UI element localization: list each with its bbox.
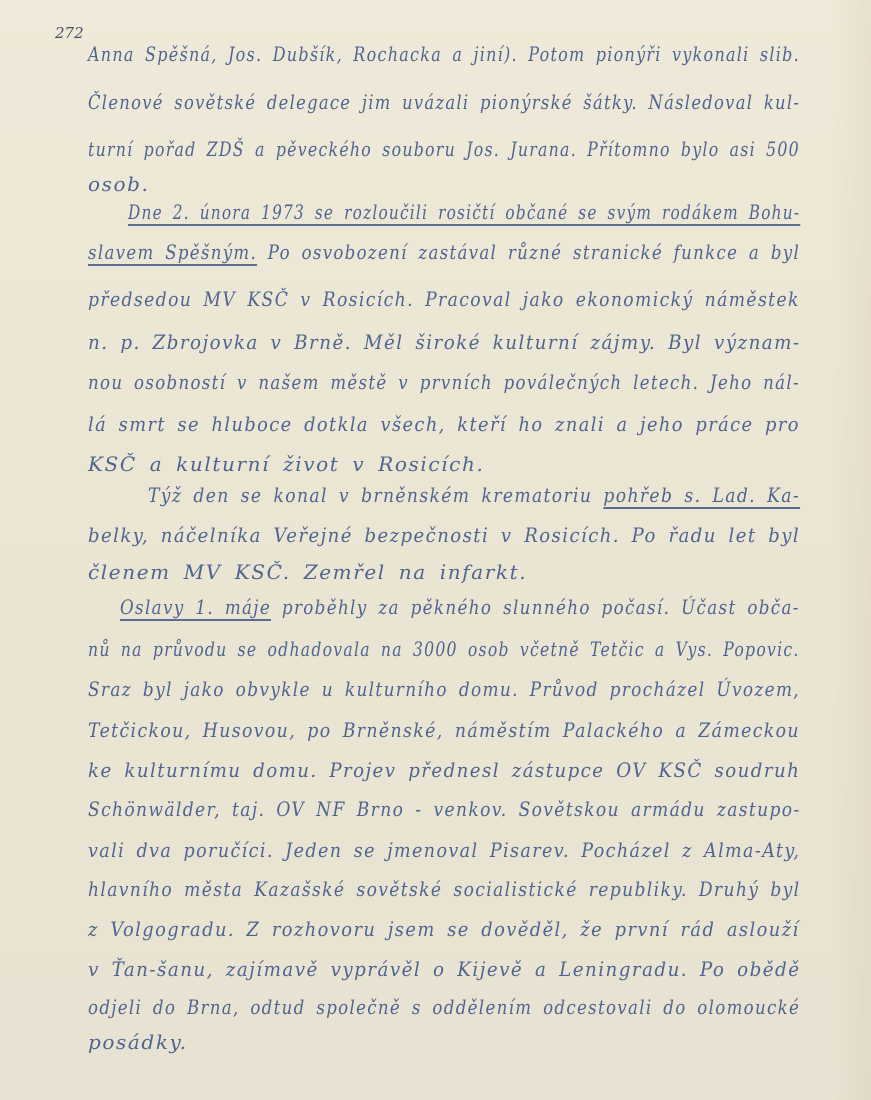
page-number: 272	[55, 24, 84, 42]
line-text: ke kulturnímu domu. Projev přednesl zást…	[88, 758, 800, 782]
text-line-underlined: Dne 2. února 1973 se rozloučili rosičtí …	[128, 200, 800, 224]
line-text: belky, náčelníka Veřejné bezpečnosti v R…	[88, 523, 800, 547]
line-text: Anna Spěšná, Jos. Dubšík, Rochacka a jin…	[88, 42, 800, 66]
line-text: Členové sovětské delegace jim uvázali pi…	[88, 90, 800, 114]
handwritten-chronicle-page: 272 Anna Spěšná, Jos. Dubšík, Rochacka a…	[0, 0, 871, 1100]
text-line: KSČ a kulturní život v Rosicích.	[88, 452, 484, 476]
line-text: v Ťan-šanu, zajímavě vyprávěl o Kijevě a…	[88, 957, 800, 981]
line-text: nů na průvodu se odhadovala na 3000 osob…	[88, 637, 800, 661]
text-line: hlavního města Kazašské sovětské sociali…	[88, 877, 801, 901]
line-text: Sraz byl jako obvykle u kulturního domu.…	[88, 677, 800, 701]
line-text: proběhly za pěkného slunného počasí. Úča…	[271, 595, 800, 619]
text-line: Členové sovětské delegace jim uvázali pi…	[88, 90, 800, 114]
line-text: Schönwälder, taj. OV NF Brno - venkov. S…	[88, 797, 801, 821]
text-line: Týž den se konal v brněnském krematoriu …	[148, 483, 800, 507]
text-line: Oslavy 1. máje proběhly za pěkného slunn…	[120, 595, 800, 619]
text-line: turní pořad ZDŠ a pěveckého souboru Jos.…	[88, 137, 800, 161]
text-line: nů na průvodu se odhadovala na 3000 osob…	[88, 637, 800, 661]
text-line: z Volgogradu. Z rozhovoru jsem se dovědě…	[88, 917, 800, 941]
text-line: ke kulturnímu domu. Projev přednesl zást…	[88, 758, 800, 782]
text-line: lá smrt se hluboce dotkla všech, kteří h…	[88, 412, 800, 436]
text-line: belky, náčelníka Veřejné bezpečnosti v R…	[88, 523, 800, 547]
text-line: Anna Spěšná, Jos. Dubšík, Rochacka a jin…	[88, 42, 800, 66]
line-text: n. p. Zbrojovka v Brně. Měl široké kultu…	[88, 330, 801, 354]
line-text: Po osvobození zastával různé stranické f…	[257, 240, 800, 264]
text-line: Schönwälder, taj. OV NF Brno - venkov. S…	[88, 797, 801, 821]
line-text: předsedou MV KSČ v Rosicích. Pracoval ja…	[88, 287, 800, 311]
text-line: v Ťan-šanu, zajímavě vyprávěl o Kijevě a…	[88, 957, 800, 981]
text-line: Tetčickou, Husovou, po Brněnské, náměstí…	[88, 718, 800, 742]
text-line: Sraz byl jako obvykle u kulturního domu.…	[88, 677, 800, 701]
text-line: posádky.	[88, 1030, 188, 1054]
underlined-name: pohřeb s. Lad. Ka-	[603, 483, 800, 507]
text-line: předsedou MV KSČ v Rosicích. Pracoval ja…	[88, 287, 800, 311]
line-text: KSČ a kulturní život v Rosicích.	[88, 452, 484, 476]
underlined-heading: Oslavy 1. máje	[120, 595, 271, 619]
line-text: osob.	[88, 172, 150, 196]
line-text: lá smrt se hluboce dotkla všech, kteří h…	[88, 412, 800, 436]
line-text: Týž den se konal v brněnském krematoriu	[148, 483, 603, 507]
text-line: nou osobností v našem městě v prvních po…	[88, 370, 800, 394]
text-line: členem MV KSČ. Zemřel na infarkt.	[88, 560, 527, 584]
line-text: hlavního města Kazašské sovětské sociali…	[88, 877, 801, 901]
text-line: odjeli do Brna, odtud společně s oddělen…	[88, 995, 800, 1019]
text-line: slavem Spěšným. Po osvobození zastával r…	[88, 240, 800, 264]
line-text: nou osobností v našem městě v prvních po…	[88, 370, 800, 394]
text-line: osob.	[88, 172, 150, 196]
underlined-name: slavem Spěšným.	[88, 240, 257, 264]
line-text: Tetčickou, Husovou, po Brněnské, náměstí…	[88, 718, 800, 742]
line-text: turní pořad ZDŠ a pěveckého souboru Jos.…	[88, 137, 800, 161]
line-text: posádky.	[88, 1030, 188, 1054]
line-text: vali dva poručíci. Jeden se jmenoval Pis…	[88, 838, 800, 862]
underlined-heading: Dne 2. února 1973 se rozloučili rosičtí …	[128, 200, 800, 224]
line-text: členem MV KSČ. Zemřel na infarkt.	[88, 560, 527, 584]
line-text: odjeli do Brna, odtud společně s oddělen…	[88, 995, 800, 1019]
line-text: z Volgogradu. Z rozhovoru jsem se dovědě…	[88, 917, 800, 941]
text-line: vali dva poručíci. Jeden se jmenoval Pis…	[88, 838, 800, 862]
text-line: n. p. Zbrojovka v Brně. Měl široké kultu…	[88, 330, 801, 354]
